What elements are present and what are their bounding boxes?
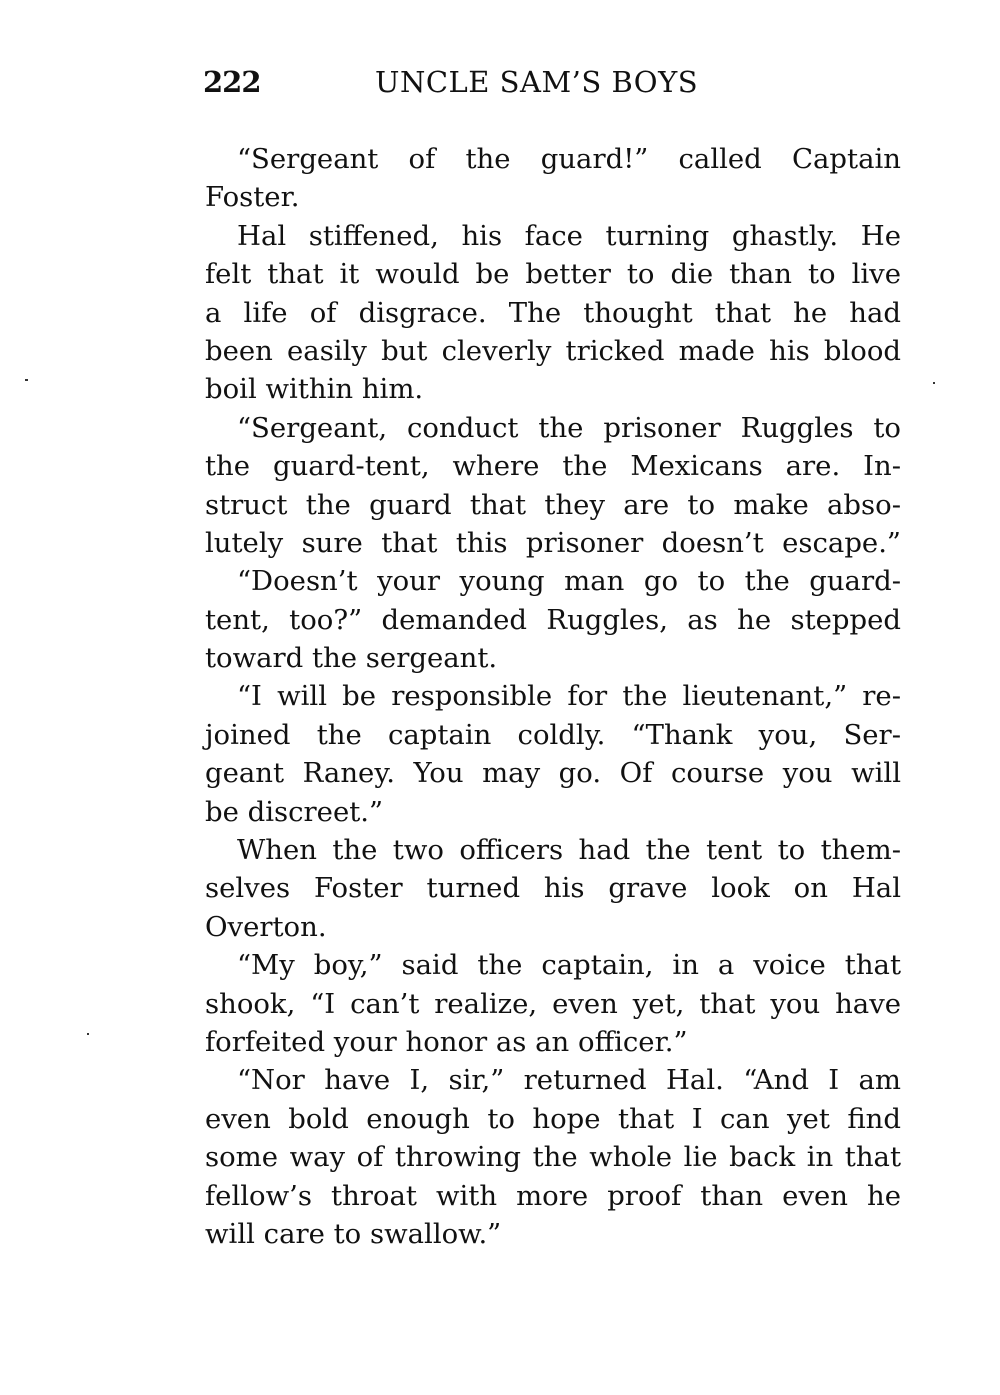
text-line: toward the sergeant. — [205, 639, 901, 677]
paragraph: When the two officers had the tent to th… — [205, 831, 901, 946]
text-line: lutely sure that this prisoner doesn’t e… — [205, 524, 901, 562]
text-line: a life of disgrace. The thought that he … — [205, 294, 901, 332]
book-page: 222 UNCLE SAM’S BOYS “Sergeant of the gu… — [0, 0, 1000, 1395]
text-line: joined the captain coldly. “Thank you, S… — [205, 716, 901, 754]
text-line: Overton. — [205, 908, 901, 946]
text-line: Foster. — [205, 178, 901, 216]
text-line: When the two officers had the tent to th… — [205, 831, 901, 869]
text-line: will care to swallow.” — [205, 1215, 901, 1253]
text-line: some way of throwing the whole lie back … — [205, 1138, 901, 1176]
text-line: boil within him. — [205, 370, 901, 408]
paragraph: “I will be responsible for the lieutenan… — [205, 677, 901, 831]
paragraph: “Nor have I, sir,” returned Hal. “And I … — [205, 1061, 901, 1253]
text-line: “My boy,” said the captain, in a voice t… — [205, 946, 901, 984]
text-line: selves Foster turned his grave look on H… — [205, 869, 901, 907]
running-title: UNCLE SAM’S BOYS — [375, 62, 698, 102]
paragraph: “Sergeant of the guard!” called Captain … — [205, 140, 901, 217]
text-line: shook, “I can’t realize, even yet, that … — [205, 985, 901, 1023]
text-line: tent, too?” demanded Ruggles, as he step… — [205, 601, 901, 639]
paragraph: “Doesn’t your young man go to the guard-… — [205, 562, 901, 677]
text-line: the guard-tent, where the Mexicans are. … — [205, 447, 901, 485]
text-line: even bold enough to hope that I can yet … — [205, 1100, 901, 1138]
text-line: geant Raney. You may go. Of course you w… — [205, 754, 901, 792]
text-line: felt that it would be better to die than… — [205, 255, 901, 293]
text-line: Hal stiffened, his face turning ghastly.… — [205, 217, 901, 255]
text-line: be discreet.” — [205, 793, 901, 831]
text-line: “Sergeant, conduct the prisoner Ruggles … — [205, 409, 901, 447]
text-line: “Doesn’t your young man go to the guard- — [205, 562, 901, 600]
text-line: fellow’s throat with more proof than eve… — [205, 1177, 901, 1215]
paragraph: Hal stiffened, his face turning ghastly.… — [205, 217, 901, 409]
scan-speck — [87, 1033, 89, 1035]
text-line: “Sergeant of the guard!” called Captain — [205, 140, 901, 178]
scan-speck — [25, 379, 28, 381]
page-header: 222 UNCLE SAM’S BOYS — [203, 62, 903, 102]
text-line: been easily but cleverly tricked made hi… — [205, 332, 901, 370]
text-line: “Nor have I, sir,” returned Hal. “And I … — [205, 1061, 901, 1099]
text-line: forfeited your honor as an officer.” — [205, 1023, 901, 1061]
text-line: struct the guard that they are to make a… — [205, 486, 901, 524]
text-line: “I will be responsible for the lieutenan… — [205, 677, 901, 715]
paragraph: “My boy,” said the captain, in a voice t… — [205, 946, 901, 1061]
scan-speck — [410, 396, 412, 398]
page-number: 222 — [203, 62, 261, 102]
body-text: “Sergeant of the guard!” called Captain … — [205, 140, 901, 1253]
scan-speck — [933, 382, 935, 384]
paragraph: “Sergeant, conduct the prisoner Ruggles … — [205, 409, 901, 563]
